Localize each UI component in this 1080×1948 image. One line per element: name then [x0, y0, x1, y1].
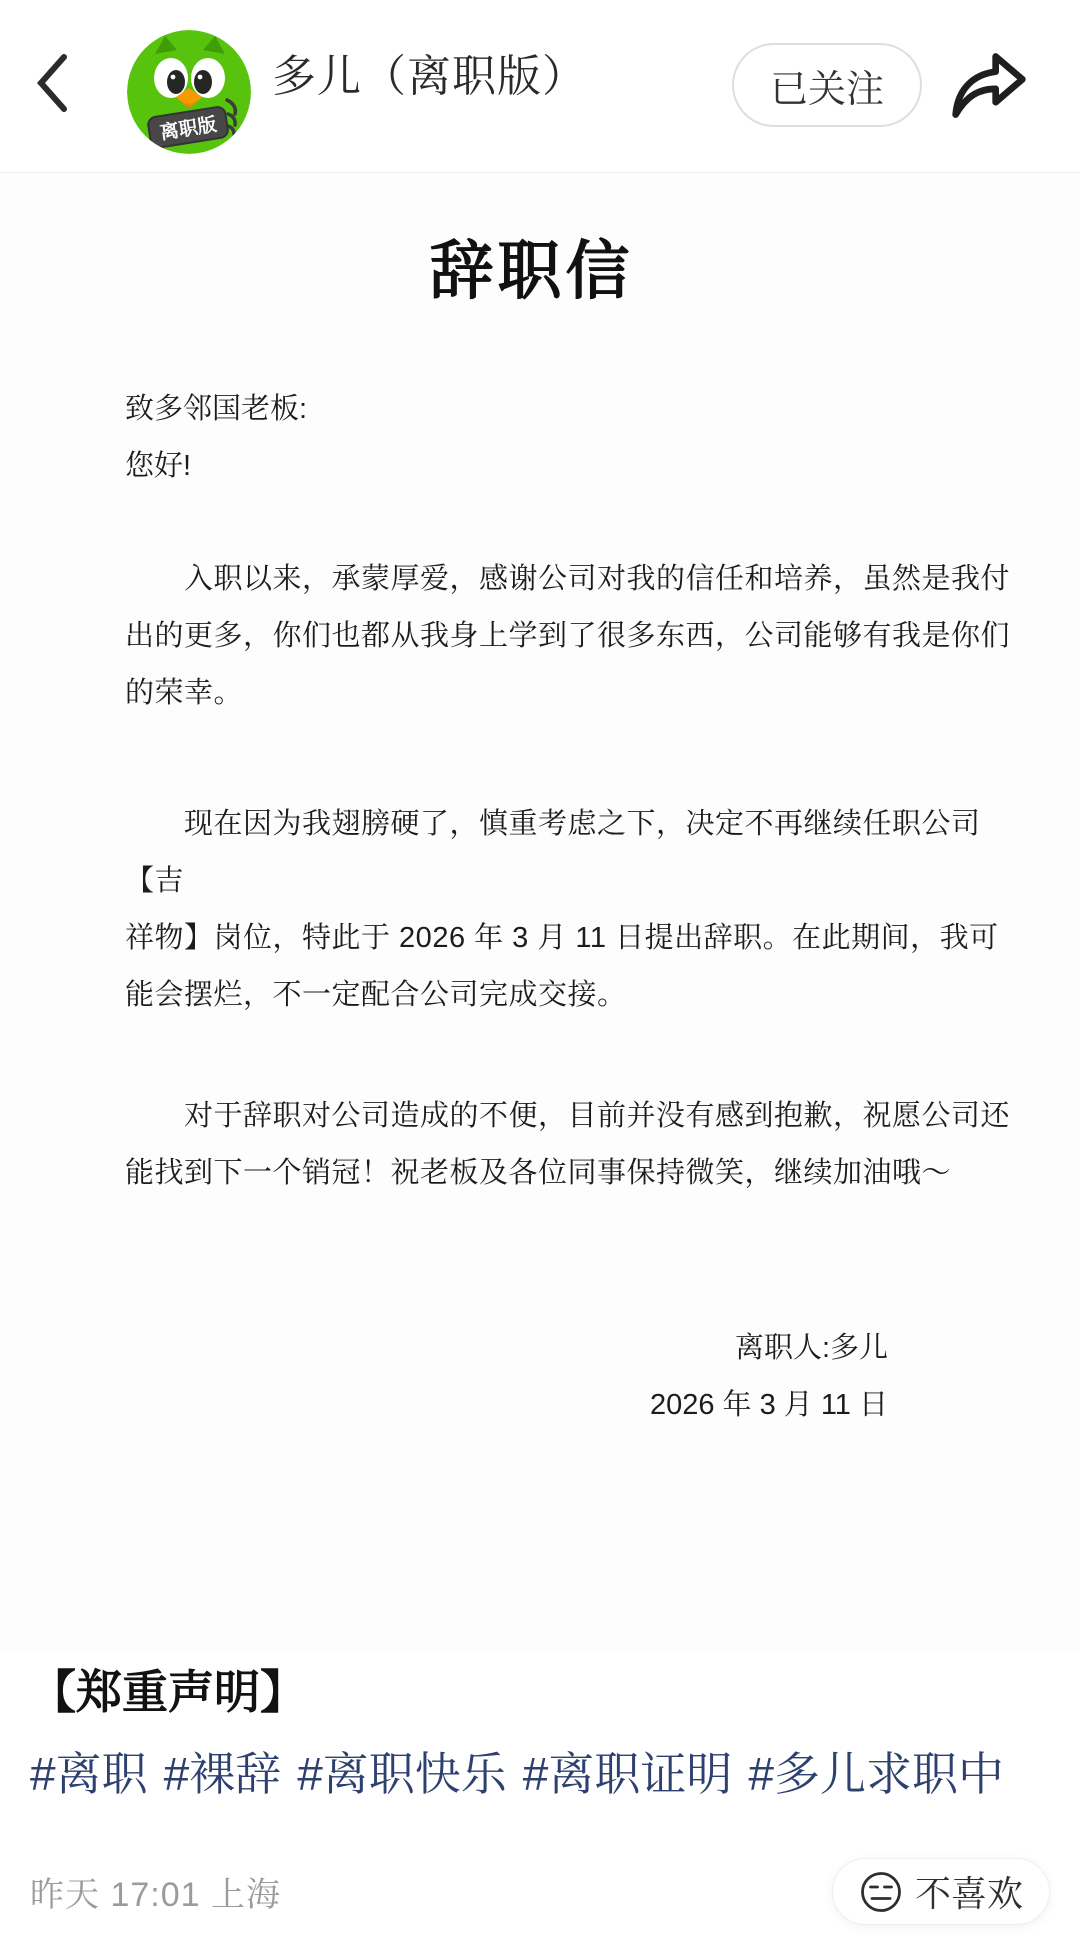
dislike-button-label: 不喜欢: [915, 1866, 1023, 1917]
letter-paragraphs: 入职以来，承蒙厚爱，感谢公司对我的信任和培养，虽然是我付 出的更多，你们也都从我…: [125, 551, 1018, 1202]
hashtag-link[interactable]: #离职快乐: [297, 1746, 507, 1802]
follow-button-label: 已关注: [770, 58, 884, 113]
letter-paragraph: 现在因为我翅膀硬了，慎重考虑之下，决定不再继续任职公司【吉 祥物】岗位，特此于 …: [125, 796, 1018, 1024]
hashtag-list: #离职#裸辞#离职快乐#离职证明#多儿求职中: [30, 1746, 1050, 1802]
user-name[interactable]: 多儿（离职版）: [272, 50, 587, 104]
share-arrow-icon: [949, 49, 1029, 123]
dislike-button[interactable]: 不喜欢: [832, 1858, 1050, 1925]
back-button[interactable]: [26, 44, 78, 122]
resignation-letter-image[interactable]: 辞职信 致多邻国老板: 您好! 入职以来，承蒙厚爱，感谢公司对我的信任和培养，虽…: [0, 173, 1080, 1650]
post-body: 【郑重声明】 #离职#裸辞#离职快乐#离职证明#多儿求职中 昨天 17:01 上…: [0, 1664, 1080, 1925]
share-button[interactable]: [946, 46, 1032, 126]
letter-salutation: 致多邻国老板:: [125, 381, 1018, 438]
unamused-face-icon: [859, 1870, 903, 1914]
letter-paragraph: 入职以来，承蒙厚爱，感谢公司对我的信任和培养，虽然是我付 出的更多，你们也都从我…: [125, 551, 1018, 722]
hashtag-link[interactable]: #多儿求职中: [748, 1746, 1004, 1802]
post-page: 离职版 多儿（离职版） 已关注 辞职信 致多邻国老板: 您好! 入职以来，承蒙厚…: [0, 0, 1080, 1948]
post-statement: 【郑重声明】: [30, 1664, 1050, 1720]
letter-date: 2026 年 3 月 11 日: [125, 1377, 888, 1434]
letter-signer: 离职人:多儿: [125, 1320, 888, 1377]
duolingo-owl-avatar-icon: 离职版: [127, 30, 251, 154]
hashtag-link[interactable]: #离职证明: [523, 1746, 733, 1802]
follow-button[interactable]: 已关注: [732, 43, 922, 127]
app-header: 离职版 多儿（离职版） 已关注: [0, 0, 1080, 173]
letter-greeting: 您好!: [125, 438, 1018, 495]
letter-paragraph: 对于辞职对公司造成的不便，目前并没有感到抱歉，祝愿公司还 能找到下一个销冠！祝老…: [125, 1088, 1018, 1202]
letter-signature: 离职人:多儿 2026 年 3 月 11 日: [125, 1320, 1018, 1434]
chevron-left-icon: [34, 52, 70, 114]
hashtag-link[interactable]: #裸辞: [164, 1746, 282, 1802]
avatar[interactable]: 离职版: [127, 30, 251, 154]
hashtag-link[interactable]: #离职: [30, 1746, 148, 1802]
letter-title: 辞职信: [125, 235, 1018, 307]
post-footer: 昨天 17:01 上海 不喜欢: [30, 1858, 1050, 1925]
post-timestamp: 昨天 17:01 上海: [30, 1867, 281, 1916]
